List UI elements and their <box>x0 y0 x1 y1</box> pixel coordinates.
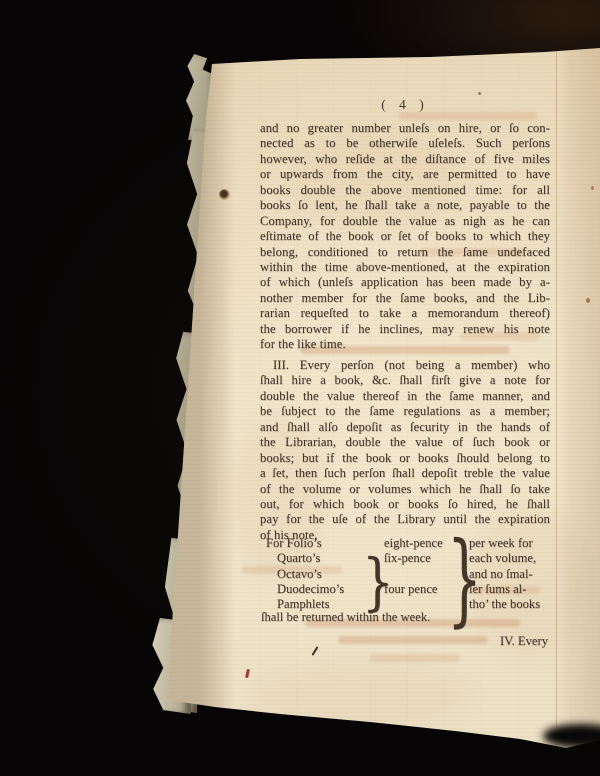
paragraph-1-line: nother member for the ſame books, and th… <box>260 291 550 306</box>
paragraph-2-line: double the value thereof in the ſame man… <box>260 389 550 404</box>
paragraph-1-line: however, who reſide at the diſtance of f… <box>260 152 550 167</box>
paragraph-2-line: the Librarian, double the value of ſuch … <box>260 435 550 450</box>
paragraph-1-line: of which (unleſs application has been ma… <box>260 275 550 290</box>
scanned-book-photo: ( 4 ) and no greater number unleſs on hi… <box>0 0 600 776</box>
paragraph-2-line: be ſubject to the ſame regulations as a … <box>260 404 550 419</box>
paper-speck <box>478 92 481 95</box>
book-page: ( 4 ) and no greater number unleſs on hi… <box>0 0 600 776</box>
paragraph-2-line: III. Every perſon (not being a member) w… <box>260 358 550 373</box>
paragraph-1-line: the borrower if he inclines, may renew h… <box>260 322 550 337</box>
large-brace-glyph: } <box>447 529 482 629</box>
catchword: IV. Every <box>260 634 548 649</box>
paper-speck <box>591 186 594 190</box>
paragraph-1: and no greater number unleſs on hire, or… <box>260 121 550 353</box>
fee-item: Quarto’s <box>277 551 320 566</box>
paragraph-2-line: a ſet, then ſuch perſon ſhall depoſit tr… <box>260 466 550 481</box>
paragraph-1-line: for the like time. <box>260 337 550 352</box>
paragraph-1-line: books ſo lent, he ſhall take a note, pay… <box>260 198 550 213</box>
paragraph-1-line: rarian requeſted to take a memorandum th… <box>260 306 550 321</box>
fee-table-footer: ſhall be returned within the week. <box>261 610 430 625</box>
fee-item: For Folio’s <box>266 536 322 551</box>
fee-table-row: Octavo’sand no ſmal- <box>260 567 550 582</box>
wormhole-spot <box>219 189 230 200</box>
paragraph-2-line: ſhall hire a book, &c. ſhall firſt give … <box>260 373 550 388</box>
paragraph-2-line: out, for which book or books ſo hired, h… <box>260 497 550 512</box>
paragraph-1-line: nected as to be otherwiſe uſeleſs. Such … <box>260 136 550 151</box>
fee-table-row: For Folio’seight-penceper week for <box>260 536 550 551</box>
paragraph-2-line: and ſhall alſo depoſit as ſecurity in th… <box>260 420 550 435</box>
paragraph-2-line: books; but if the book or books ſhould b… <box>260 451 550 466</box>
fee-table-row: Duodecimo’sfour penceler ſums al- <box>260 582 550 597</box>
paragraph-1-line: eſtimate of the book or ſet of books to … <box>260 229 550 244</box>
paragraph-1-line: books double the above mentioned time: f… <box>260 183 550 198</box>
paragraph-1-line: and no greater number unleſs on hire, or… <box>260 121 550 136</box>
paragraph-2: III. Every perſon (not being a member) w… <box>260 358 550 543</box>
page-number: ( 4 ) <box>260 97 550 113</box>
fee-table: For Folio’seight-penceper week forQuarto… <box>260 536 550 612</box>
small-brace-glyph: } <box>362 551 394 613</box>
paragraph-2-line: of the volume or volumes which he ſhall … <box>260 482 550 497</box>
paragraph-1-line: within the time above-mentioned, at the … <box>260 260 550 275</box>
paragraph-1-line: Company, for double the value as nigh as… <box>260 214 550 229</box>
paragraph-1-line: belong, conditioned to return the ſame u… <box>260 245 550 260</box>
fee-table-row: Quarto’sſix-penceeach volume, <box>260 551 550 566</box>
paper-speck <box>586 298 590 303</box>
printed-text-block: ( 4 ) and no greater number unleſs on hi… <box>0 0 600 776</box>
paragraph-1-line: or upwards from the city, are permitted … <box>260 167 550 182</box>
fee-item: Duodecimo’s <box>277 582 344 597</box>
fee-item: Octavo’s <box>277 567 322 582</box>
paragraph-2-line: pay for the uſe of the Library until the… <box>260 512 550 527</box>
